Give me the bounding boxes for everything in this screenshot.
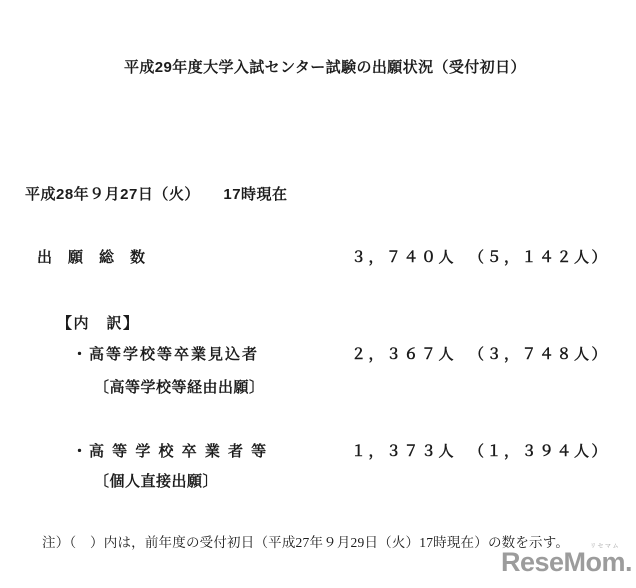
resemom-logo: リセマム ReseMom.	[501, 548, 632, 578]
breakdown-item-graduates-label: ・高 等 学 校 卒 業 者 等	[72, 440, 268, 461]
item2-previous-value: （１，３９４人）	[469, 443, 609, 460]
item2-current-value: １，３７３人	[351, 443, 456, 460]
footnote: 注）（ ）内は，前年度の受付初日（平成27年９月29日（火）17時現在）の数を示…	[42, 531, 569, 551]
total-applicants-count: ３，７４０人（５，１４２人）	[351, 246, 609, 267]
item1-previous-value: （３，７４８人）	[469, 346, 609, 363]
breakdown-item-expected-graduates-count: ２，３６７人（３，７４８人）	[351, 343, 609, 364]
breakdown-item-expected-graduates-note: 〔高等学校等経由出願〕	[94, 376, 265, 397]
page-title: 平成29年度大学入試センター試験の出願状況（受付初日）	[124, 56, 526, 77]
resemom-logo-text: ReseMom.	[501, 547, 632, 577]
breakdown-item-graduates-count: １，３７３人（１，３９４人）	[351, 440, 609, 461]
as-of-date: 平成28年９月27日（火） 17時現在	[25, 183, 288, 204]
resemom-logo-ruby: リセマム	[590, 544, 620, 551]
item1-current-value: ２，３６７人	[351, 346, 456, 363]
breakdown-heading: 【内 訳】	[57, 312, 140, 333]
breakdown-item-expected-graduates-label: ・高等学校等卒業見込者	[72, 343, 259, 364]
total-applicants-label: 出 願 総 数	[37, 246, 146, 267]
total-current-value: ３，７４０人	[351, 249, 456, 266]
breakdown-item-graduates-note: 〔個人直接出願〕	[94, 470, 218, 491]
total-previous-value: （５，１４２人）	[469, 249, 609, 266]
